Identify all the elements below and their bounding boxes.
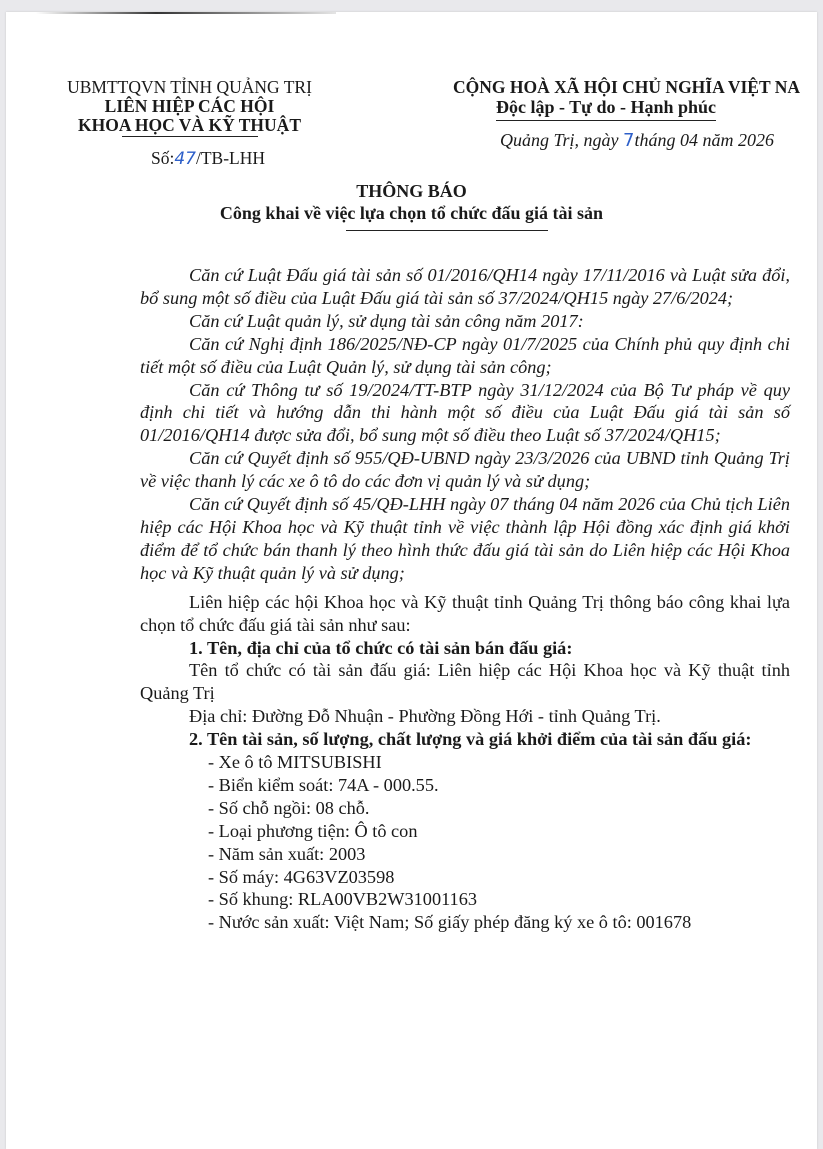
section-2-heading: 2. Tên tài sản, số lượng, chất lượng và … xyxy=(140,728,790,751)
asset-item-vehicle: - Xe ô tô MITSUBISHI xyxy=(140,751,790,774)
asset-item-plate: - Biển kiểm soát: 74A - 000.55. xyxy=(140,774,790,797)
issuing-agency-header: UBMTTQVN TỈNH QUẢNG TRỊ LIÊN HIỆP CÁC HỘ… xyxy=(6,78,373,137)
agency-name-line2: KHOA HỌC VÀ KỸ THUẬT xyxy=(6,116,373,135)
asset-item-chassis: - Số khung: RLA00VB2W31001163 xyxy=(140,888,790,911)
place-date-suffix: tháng 04 năm 2026 xyxy=(634,130,774,150)
subtitle-underline xyxy=(346,230,548,231)
document-subtitle: Công khai về việc lựa chọn tổ chức đấu g… xyxy=(6,203,817,224)
asset-item-origin: - Nước sản xuất: Việt Nam; Số giấy phép … xyxy=(140,911,790,934)
document-title: THÔNG BÁO xyxy=(6,181,817,202)
doc-no-suffix: /TB-LHH xyxy=(196,148,265,168)
asset-item-year: - Năm sản xuất: 2003 xyxy=(140,843,790,866)
national-title: CỘNG HOÀ XÃ HỘI CHỦ NGHĨA VIỆT NA xyxy=(453,78,823,97)
intro-paragraph: Liên hiệp các hội Khoa học và Kỹ thuật t… xyxy=(140,591,790,637)
document-page: UBMTTQVN TỈNH QUẢNG TRỊ LIÊN HIỆP CÁC HỘ… xyxy=(6,12,817,1149)
place-date: Quảng Trị, ngày 7tháng 04 năm 2026 xyxy=(500,130,774,151)
legal-basis-6: Căn cứ Quyết định số 45/QĐ-LHH ngày 07 t… xyxy=(140,493,790,585)
section-1-heading: 1. Tên, địa chỉ của tổ chức có tài sản b… xyxy=(140,637,790,660)
place-date-prefix: Quảng Trị, ngày xyxy=(500,130,623,150)
document-number: Số:47/TB-LHH xyxy=(151,148,265,169)
parent-agency: UBMTTQVN TỈNH QUẢNG TRỊ xyxy=(6,78,373,97)
legal-basis-1: Căn cứ Luật Đấu giá tài sản số 01/2016/Q… xyxy=(140,264,790,310)
document-body: Căn cứ Luật Đấu giá tài sản số 01/2016/Q… xyxy=(140,264,790,934)
asset-owner-address: Địa chỉ: Đường Đỗ Nhuận - Phường Đồng Hớ… xyxy=(140,705,790,728)
day-handwritten: 7 xyxy=(623,130,634,151)
legal-basis-4: Căn cứ Thông tư số 19/2024/TT-BTP ngày 3… xyxy=(140,379,790,448)
legal-basis-2: Căn cứ Luật quản lý, sử dụng tài sản côn… xyxy=(140,310,790,333)
agency-name-line1: LIÊN HIỆP CÁC HỘI xyxy=(6,97,373,116)
asset-item-engine: - Số máy: 4G63VZ03598 xyxy=(140,866,790,889)
legal-basis-5: Căn cứ Quyết định số 955/QĐ-UBND ngày 23… xyxy=(140,447,790,493)
doc-no-handwritten: 47 xyxy=(174,149,196,169)
doc-no-label: Số: xyxy=(151,148,174,168)
asset-item-seats: - Số chỗ ngồi: 08 chỗ. xyxy=(140,797,790,820)
asset-item-type: - Loại phương tiện: Ô tô con xyxy=(140,820,790,843)
asset-owner-name: Tên tổ chức có tài sản đấu giá: Liên hiệ… xyxy=(140,659,790,705)
agency-underline xyxy=(122,136,258,137)
national-motto: Độc lập - Tự do - Hạnh phúc xyxy=(496,97,716,121)
legal-basis-3: Căn cứ Nghị định 186/2025/NĐ-CP ngày 01/… xyxy=(140,333,790,379)
